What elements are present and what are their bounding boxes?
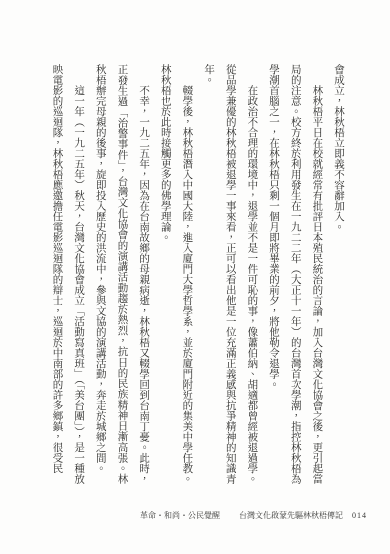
- paragraph-expulsion: 林秋梧平日在校就經常有批評日本殖民統治的言論，加入台灣文化協會之後，更引起當局的…: [262, 64, 327, 484]
- page-number: 014: [352, 511, 367, 520]
- vertical-text-block: 會成立，林秋梧立即義不容辭加入。 林秋梧平日在校就經常有批評日本殖民統治的言論，…: [46, 64, 349, 484]
- chapter-title: 革命・和尚・公民覺醒: [140, 510, 220, 521]
- paragraph-film-troupe: 這一年（一九二五年）秋天，台灣文化協會成立「活動寫真班」（「美台團」），是一種放…: [46, 64, 89, 484]
- paragraph-mother-death: 不幸，一九二五年，因為在台南故鄉的母親病逝，林秋梧又輟學回到台南丁憂。此時，正發…: [89, 64, 154, 484]
- paragraph-continuation: 會成立，林秋梧立即義不容辭加入。: [327, 64, 349, 484]
- paragraph-not-shameful: 在政治不合理的環境中，退學並不是一件可恥的事，像蕭伯納、胡適都曾經被退過學。從品…: [197, 64, 262, 484]
- book-page: 會成立，林秋梧立即義不容辭加入。 林秋梧平日在校就經常有批評日本殖民統治的言論，…: [0, 0, 390, 554]
- paragraph-xiamen-university: 輟學後，林秋梧潛入中國大陸，進入廈門大學哲學系，並於廈門附近的集美中學任教。林秋…: [154, 64, 197, 484]
- page-footer: 革命・和尚・公民覺醒 台灣文化啟蒙先驅林秋梧傳記 014: [140, 510, 367, 521]
- book-title: 台灣文化啟蒙先驅林秋梧傳記: [239, 510, 343, 521]
